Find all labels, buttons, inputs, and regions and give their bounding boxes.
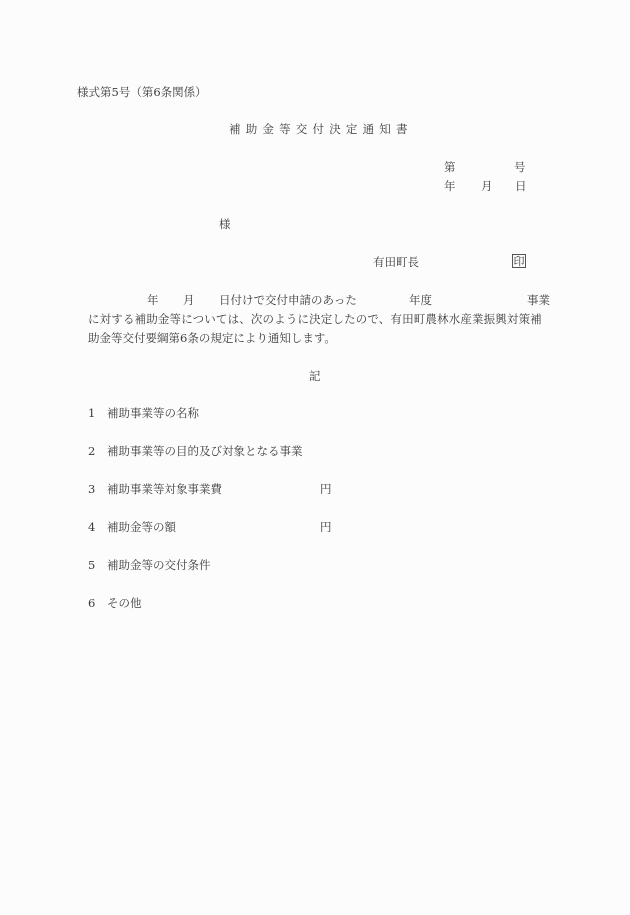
item-number: 5 xyxy=(88,560,95,572)
form-number: 様式第5号（第6条関係） xyxy=(77,87,207,99)
item-number: 6 xyxy=(88,598,95,610)
date-month-label: 月 xyxy=(481,181,493,193)
seal-stamp-icon: 印 xyxy=(512,254,526,268)
item-label: 補助事業等の目的及び対象となる事業 xyxy=(107,446,303,458)
item-label: 補助事業等の名称 xyxy=(107,408,199,420)
item-label: その他 xyxy=(107,598,142,610)
body-project-label: 事業 xyxy=(527,295,550,307)
document-title: 補助金等交付決定通知書 xyxy=(229,124,413,136)
document-number-prefix: 第 xyxy=(444,162,456,174)
item-unit: 円 xyxy=(320,522,332,534)
body-month-label: 月 xyxy=(183,295,195,307)
addressee-honorific: 様 xyxy=(219,219,231,231)
issuer-name: 有田町長 xyxy=(373,257,419,269)
item-label: 補助金等の交付条件 xyxy=(107,560,211,572)
body-text-line-3: 助金等交付要綱第6条の規定により通知します。 xyxy=(88,333,336,345)
body-application-text: 日付けで交付申請のあった xyxy=(219,295,357,307)
document-number-suffix: 号 xyxy=(514,162,526,174)
body-text-line-2: に対する補助金等については、次のように決定したので、有田町農林水産業振興対策補 xyxy=(88,314,542,326)
item-unit: 円 xyxy=(320,484,332,496)
date-year-label: 年 xyxy=(444,181,456,193)
item-number: 1 xyxy=(88,408,95,420)
item-number: 2 xyxy=(88,446,95,458)
item-number: 3 xyxy=(88,484,95,496)
item-number: 4 xyxy=(88,522,95,534)
item-label: 補助事業等対象事業費 xyxy=(107,484,222,496)
ki-heading: 記 xyxy=(309,371,321,383)
item-label: 補助金等の額 xyxy=(107,522,176,534)
body-year-label: 年 xyxy=(147,295,159,307)
date-day-label: 日 xyxy=(515,181,527,193)
body-fiscal-year-label: 年度 xyxy=(409,295,432,307)
